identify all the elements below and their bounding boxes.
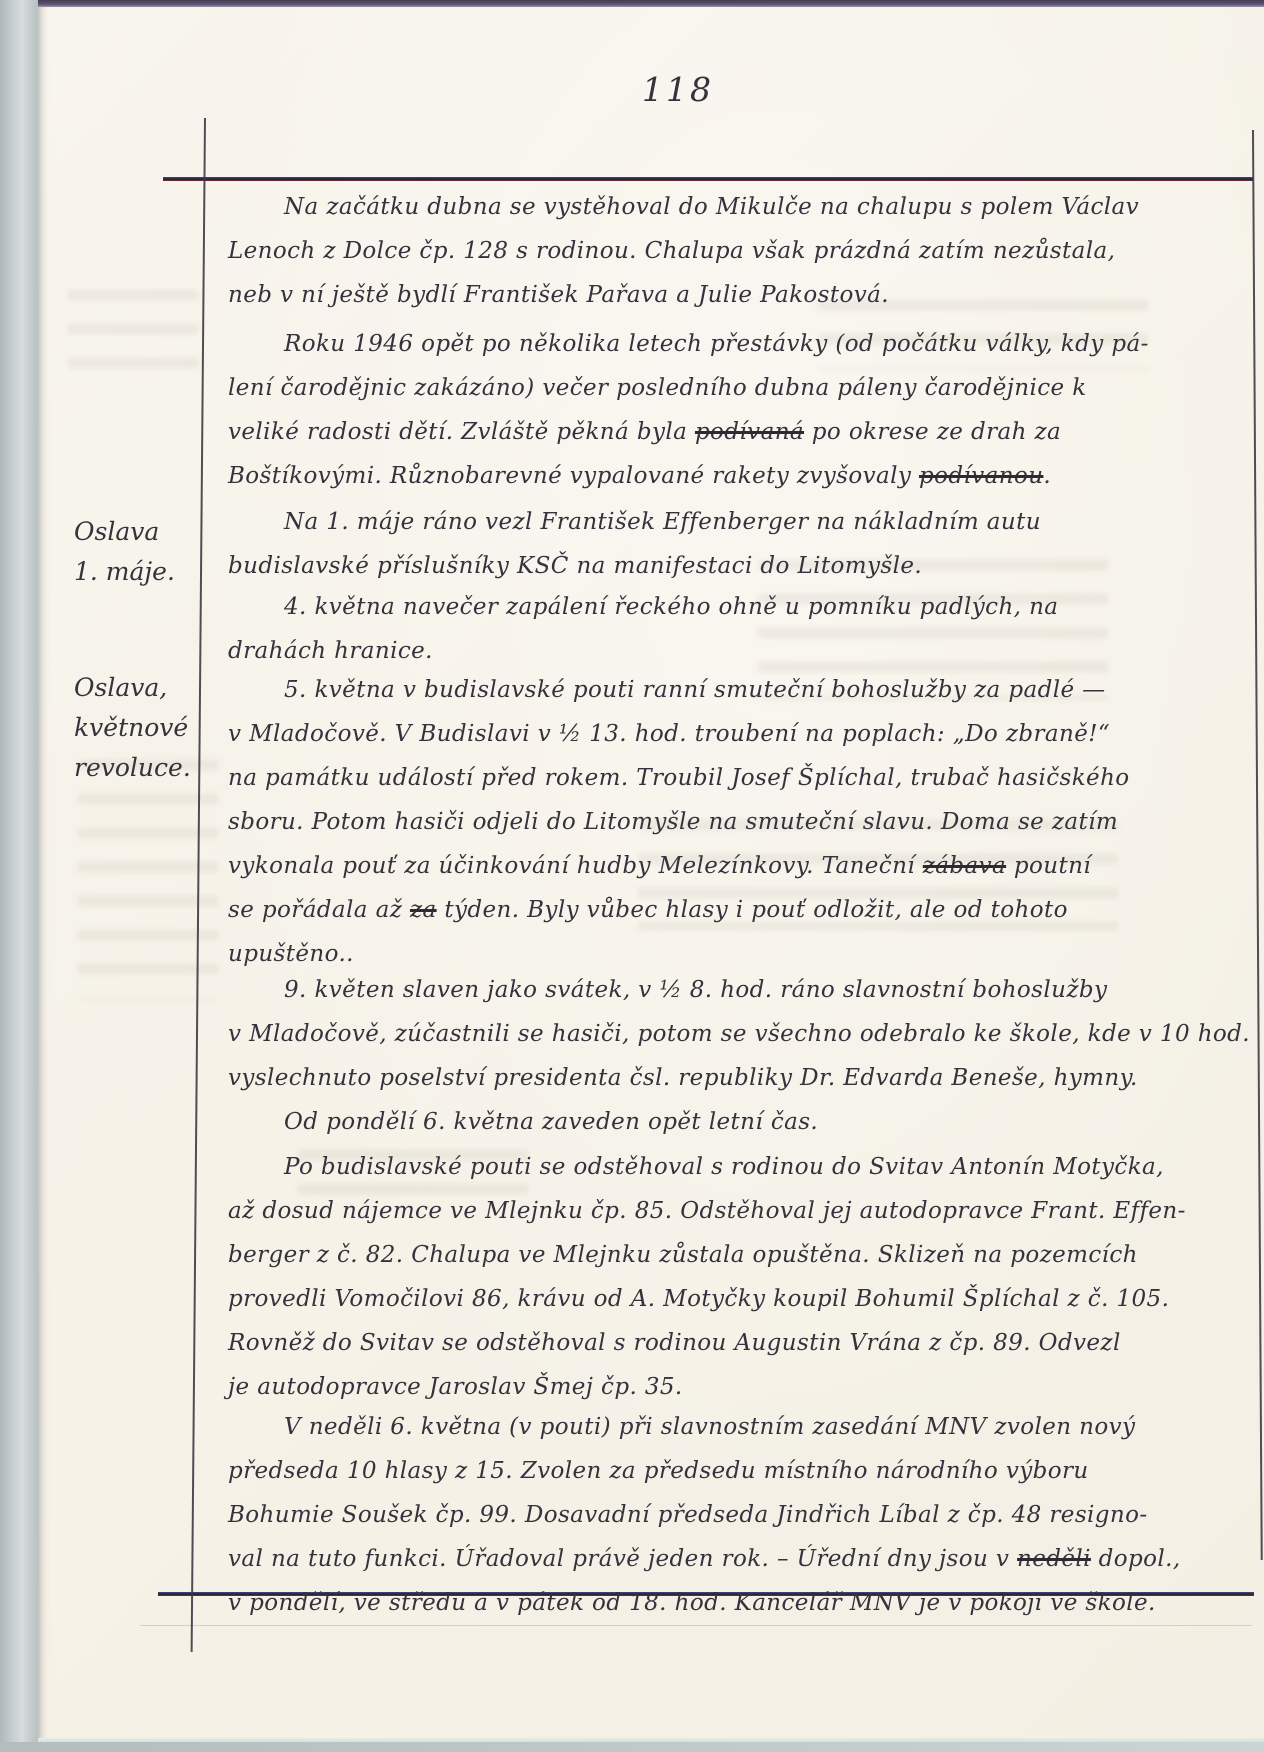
paragraph: Po budislavské pouti se odstěhoval s rod… — [228, 1145, 1252, 1409]
text-line: berger z č. 82. Chalupa ve Mlejnku zůsta… — [228, 1233, 1252, 1277]
text-line: až dosud nájemce ve Mlejnku čp. 85. Odst… — [228, 1189, 1252, 1233]
text-line: Boštíkovými. Různobarevné vypalované rak… — [228, 454, 1252, 498]
text-line: neb v ní ještě bydlí František Pařava a … — [228, 273, 1252, 317]
paragraph: Na 1. máje ráno vezl František Effenberg… — [228, 500, 1252, 588]
text-line: vyslechnuto poselství presidenta čsl. re… — [228, 1056, 1252, 1100]
text-line: Bohumie Soušek čp. 99. Dosavadní předsed… — [228, 1493, 1252, 1537]
text-line: V neděli 6. května (v pouti) při slavnos… — [228, 1405, 1252, 1449]
text-line: 5. května v budislavské pouti ranní smut… — [228, 668, 1252, 712]
text-line: veliké radosti dětí. Zvláště pěkná byla … — [228, 410, 1252, 454]
text-line: v Mladočově. V Budislavi v ½ 13. hod. tr… — [228, 712, 1252, 756]
paragraph: Od pondělí 6. května zaveden opět letní … — [228, 1100, 1252, 1144]
text-line: v pondělí, ve středu a v pátek od 18. ho… — [228, 1581, 1252, 1625]
text-line: 4. května navečer zapálení řeckého ohně … — [228, 585, 1252, 629]
text-line: Roku 1946 opět po několika letech přestá… — [228, 322, 1252, 366]
paragraph: 5. května v budislavské pouti ranní smut… — [228, 668, 1252, 976]
text-line: se pořádala až za týden. Byly vůbec hlas… — [228, 888, 1252, 932]
text-line: Na začátku dubna se vystěhoval do Mikulč… — [228, 185, 1252, 229]
text-line: je autodopravce Jaroslav Šmej čp. 35. — [228, 1365, 1252, 1409]
text-line: Od pondělí 6. května zaveden opět letní … — [228, 1100, 1252, 1144]
text-line: provedli Vomočilovi 86, krávu od A. Moty… — [228, 1277, 1252, 1321]
paragraph: 4. května navečer zapálení řeckého ohně … — [228, 585, 1252, 673]
scanned-document: { "page": { "number": "118", "paper_colo… — [0, 0, 1264, 1752]
text-line: val na tuto funkci. Úřadoval právě jeden… — [228, 1537, 1252, 1581]
text-line: Na 1. máje ráno vezl František Effenberg… — [228, 500, 1252, 544]
paragraph: Na začátku dubna se vystěhoval do Mikulč… — [228, 185, 1252, 317]
text-line: lení čarodějnic zakázáno) večer poslední… — [228, 366, 1252, 410]
text-line: budislavské příslušníky KSČ na manifesta… — [228, 544, 1252, 588]
text-line: v Mladočově, zúčastnili se hasiči, potom… — [228, 1012, 1252, 1056]
text-line: 9. květen slaven jako svátek, v ½ 8. hod… — [228, 968, 1252, 1012]
text-line: Rovněž do Svitav se odstěhoval s rodinou… — [228, 1321, 1252, 1365]
text-line: Po budislavské pouti se odstěhoval s rod… — [228, 1145, 1252, 1189]
paragraph: 9. květen slaven jako svátek, v ½ 8. hod… — [228, 968, 1252, 1100]
handwritten-text-column: Na začátku dubna se vystěhoval do Mikulč… — [0, 0, 1264, 1752]
paragraph: Roku 1946 opět po několika letech přestá… — [228, 322, 1252, 498]
text-line: předseda 10 hlasy z 15. Zvolen za předse… — [228, 1449, 1252, 1493]
paragraph: V neděli 6. května (v pouti) při slavnos… — [228, 1405, 1252, 1625]
text-line: sboru. Potom hasiči odjeli do Litomyšle … — [228, 800, 1252, 844]
text-line: Lenoch z Dolce čp. 128 s rodinou. Chalup… — [228, 229, 1252, 273]
text-line: drahách hranice. — [228, 629, 1252, 673]
text-line: vykonala pouť za účinkování hudby Melezí… — [228, 844, 1252, 888]
text-line: na památku událostí před rokem. Troubil … — [228, 756, 1252, 800]
